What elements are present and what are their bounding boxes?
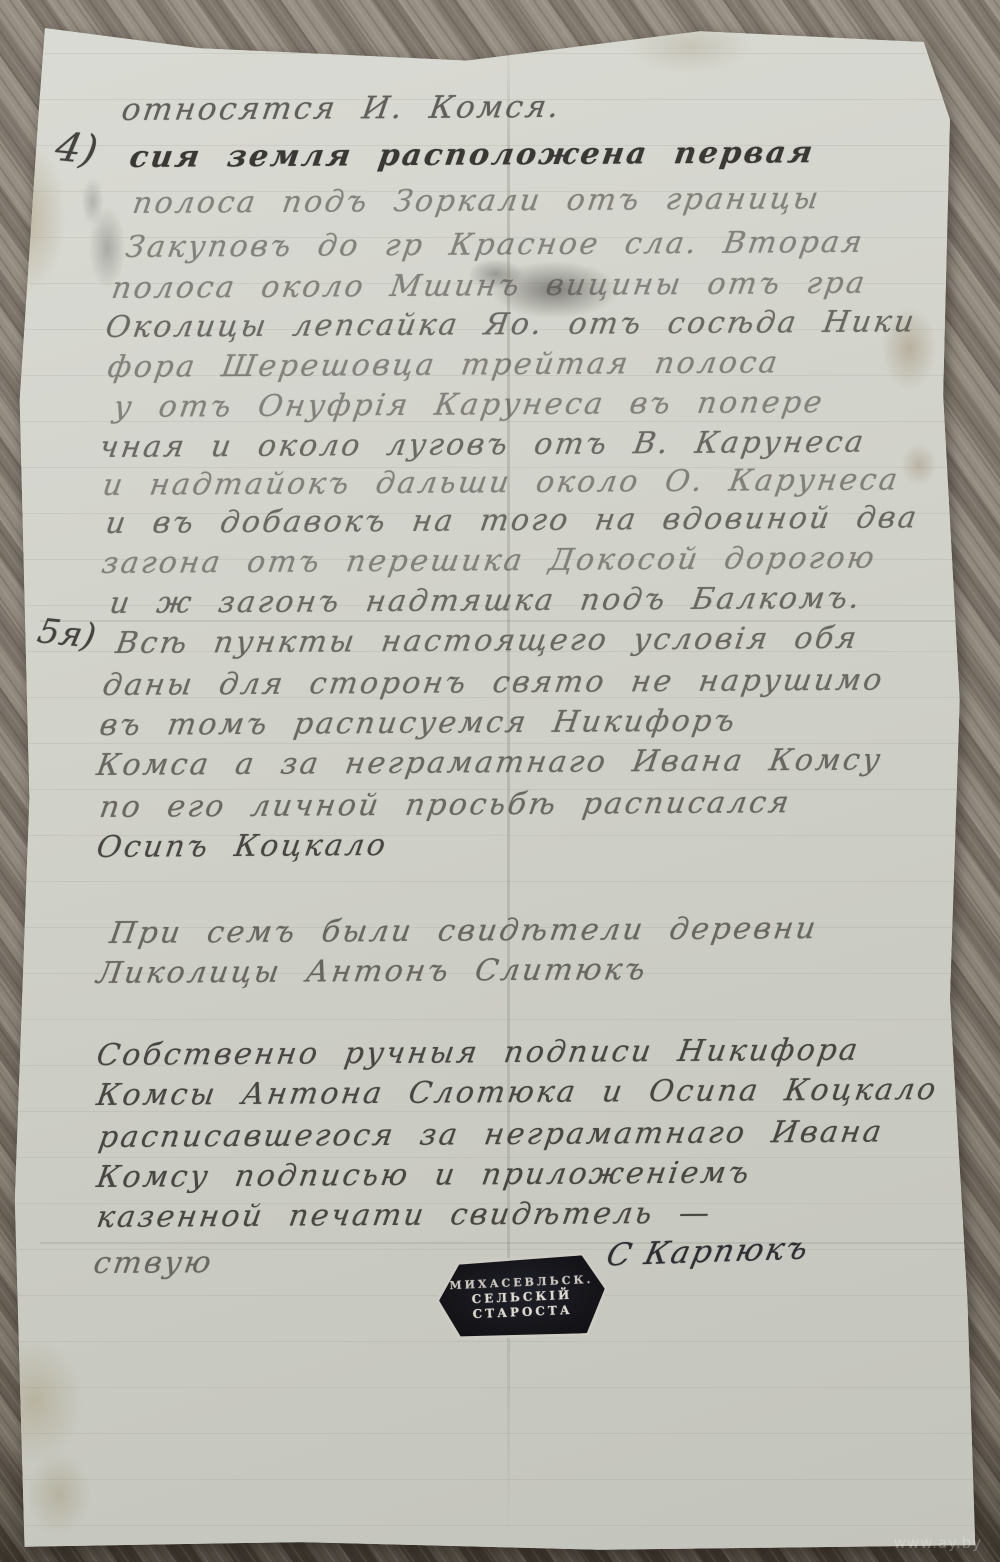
manuscript-line: и въ добавокъ на того на вдовиной два (103, 500, 921, 541)
manuscript-line: Комсу подписью и приложеніемъ (94, 1155, 753, 1195)
manuscript-line: Закуповъ до гр Красное сла. Вторая (123, 225, 866, 265)
manuscript-line: по его личной просьбѣ расписался (97, 785, 793, 825)
horizontal-fold-crease (40, 1242, 970, 1244)
manuscript-line: ствую (91, 1245, 215, 1281)
manuscript-line: Комса а за неграматнаго Ивана Комсу (94, 743, 885, 783)
manuscript-line: и надтайокъ дальши около О. Карунеса (100, 462, 902, 503)
manuscript-line: даны для сторонъ свято не нарушимо (100, 663, 886, 703)
elder-signature: С Карпюкъ (603, 1231, 813, 1274)
manuscript-line: Ликолицы Антонъ Слитюкъ (94, 952, 649, 991)
manuscript-line: фора Шерешовца трейтая полоса (105, 345, 782, 385)
manuscript-line: чная и около луговъ отъ В. Карунеса (97, 425, 868, 465)
manuscript-line: Всѣ пункты настоящего условія обя (113, 621, 861, 661)
manuscript-line: загона отъ перешика Докосой дорогою (99, 541, 879, 581)
manuscript-line: полоса подъ Зоркали отъ границы (130, 181, 823, 221)
paragraph-marker-5: 5я) (34, 611, 99, 656)
manuscript-line: и ж загонъ надтяшка подъ Балкомъ. (107, 581, 864, 621)
manuscript-line: Осипъ Коцкало (94, 828, 390, 865)
manuscript-line: въ томъ расписуемся Никифоръ (97, 704, 739, 743)
manuscript-line: у отъ Онуфрія Карунеса въ попере (111, 385, 826, 425)
manuscript-line: относятся И. Комся. (119, 89, 563, 128)
village-elder-stamp: МИХАСЕВЛЬСК. СЕЛЬСКІЙ СТАРОСТА (434, 1251, 610, 1342)
stamp-text-line: СТАРОСТА (472, 1303, 572, 1319)
photo-watermark: www.ay.by (894, 1534, 982, 1552)
stamp-pad: МИХАСЕВЛЬСК. СЕЛЬСКІЙ СТАРОСТА (437, 1254, 606, 1339)
manuscript-line: Собственно ручныя подписи Никифора (94, 1033, 862, 1073)
manuscript-line: расписавшегося за неграматнаго Ивана (96, 1115, 886, 1155)
manuscript-line: Околицы лепсайка Яо. отъ сосѣда Ники (103, 304, 918, 345)
manuscript-line: Комсы Антона Слотюка и Осипа Коцкало (94, 1072, 940, 1113)
stamp-text-line: СЕЛЬСКІЙ (471, 1288, 572, 1304)
manuscript-line: полоса около Мшинъ вицины отъ гра (109, 266, 869, 306)
manuscript-line: казенной печати свидѣтель — (94, 1196, 714, 1235)
manuscript-line: При семъ были свидѣтели деревни (107, 911, 820, 951)
manuscript-line: сия земля расположена первая (127, 135, 817, 175)
